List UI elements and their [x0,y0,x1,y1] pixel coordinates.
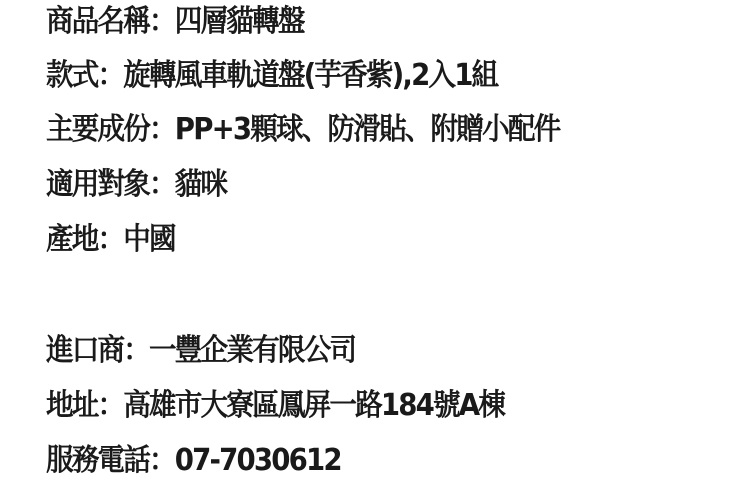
address-value: 高雄市大寮區鳳屏一路184號A棟 [123,388,504,423]
origin-label: 產地 [46,222,98,257]
materials-value: PP+3顆球、防滑貼、附贈小配件 [175,112,560,147]
importer-label: 進口商 [46,333,123,368]
address-label: 地址 [46,388,98,423]
phone-label: 服務電話 [46,443,149,478]
separator: ： [149,443,175,478]
product-name-label: 商品名稱 [46,4,149,39]
phone-line: 服務電話：07-7030612 [46,443,341,479]
separator: ： [149,167,175,202]
origin-value: 中國 [123,222,175,257]
separator: ： [98,222,124,257]
importer-value: 一豐企業有限公司 [149,333,355,368]
phone-value: 07-7030612 [175,443,341,478]
address-line: 地址：高雄市大寮區鳳屏一路184號A棟 [46,388,504,424]
target-line: 適用對象：貓咪 [46,167,226,203]
separator: ： [98,388,124,423]
separator: ： [149,112,175,147]
separator: ： [123,333,149,368]
target-label: 適用對象 [46,167,149,202]
separator: ： [98,58,124,93]
origin-line: 產地：中國 [46,222,175,258]
style-value: 旋轉風車軌道盤(芋香紫),2入1組 [123,58,497,93]
product-name-value: 四層貓轉盤 [175,4,304,39]
materials-label: 主要成份 [46,112,149,147]
target-value: 貓咪 [175,167,227,202]
importer-line: 進口商：一豐企業有限公司 [46,333,355,369]
product-name-line: 商品名稱：四層貓轉盤 [46,4,304,40]
separator: ： [149,4,175,39]
style-line: 款式：旋轉風車軌道盤(芋香紫),2入1組 [46,58,497,94]
materials-line: 主要成份：PP+3顆球、防滑貼、附贈小配件 [46,112,559,148]
style-label: 款式 [46,58,98,93]
